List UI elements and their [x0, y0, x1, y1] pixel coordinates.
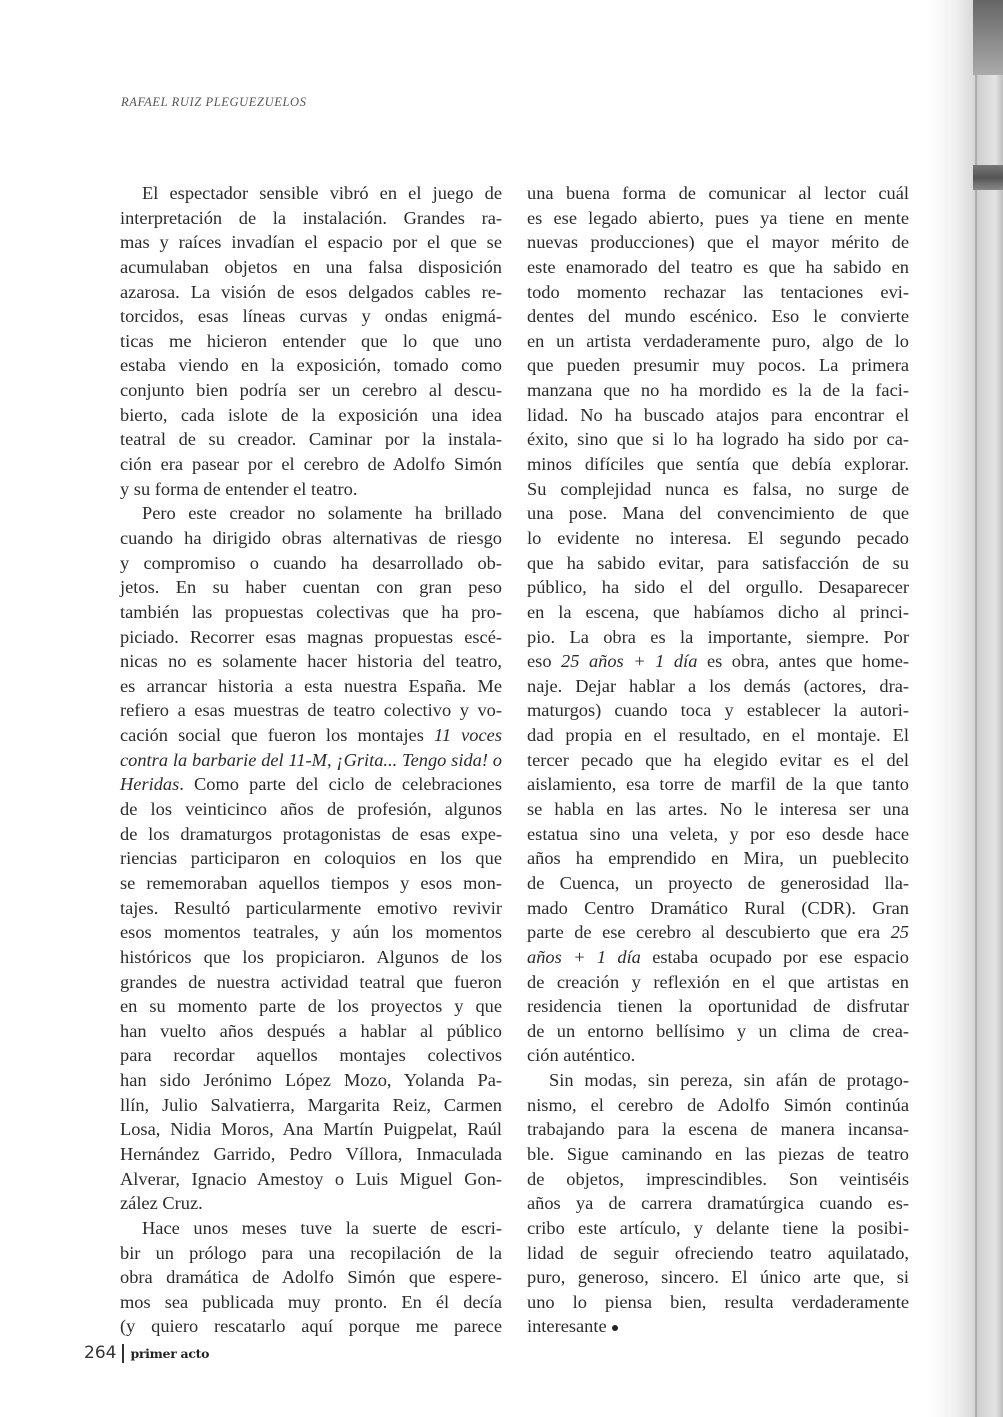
text-line: ción auténtico. [527, 1043, 909, 1068]
text-line: uno lo piensa bien, resulta verdaderamen… [527, 1290, 909, 1315]
text-line: mado Centro Dramático Rural (CDR). Gran [527, 896, 909, 921]
text-line: estaba viendo en la exposición, tomado c… [120, 353, 502, 378]
text-line: es arrancar historia a esta nuestra Espa… [120, 674, 502, 699]
text-line: Losa, Nidia Moros, Ana Martín Puigpelat,… [120, 1117, 502, 1142]
line-text: de un entorno bellísimo y un clima de cr… [527, 1021, 909, 1041]
line-text: grandes de nuestra actividad teatral que… [120, 972, 502, 992]
line-text: lo evidente no interesa. El segundo peca… [527, 528, 909, 548]
text-line: esos momentos teatrales, y aún los momen… [120, 920, 502, 945]
line-text: lidad. No ha buscado atajos para encontr… [527, 405, 909, 425]
line-text: riencias participaron en coloquios en lo… [120, 848, 502, 868]
text-line: manzana que no ha mordido es la de la fa… [527, 378, 909, 403]
line-text: mas y raíces invadían el espacio por el … [120, 232, 502, 252]
binding-edge-dark-band [973, 165, 1003, 190]
line-text: cación social que fueron los montajes [120, 725, 434, 745]
text-line: El espectador sensible vibró en el juego… [120, 181, 502, 206]
text-line: azarosa. La visión de esos delgados cabl… [120, 280, 502, 305]
text-line: todo momento rechazar las tentaciones ev… [527, 280, 909, 305]
text-line: conjunto bien podría ser un cerebro al d… [120, 378, 502, 403]
line-text: acumulaban objetos en una falsa disposic… [120, 257, 502, 277]
line-text: Hace unos meses tuve la suerte de escri- [142, 1218, 502, 1238]
text-line: zález Cruz. [120, 1191, 502, 1216]
text-line: torcidos, esas líneas curvas y ondas eni… [120, 304, 502, 329]
text-line: es ese legado abierto, pues ya tiene en … [527, 206, 909, 231]
line-text: tajes. Resultó particularmente emotivo r… [120, 898, 502, 918]
text-line: años + 1 día estaba ocupado por ese espa… [527, 945, 909, 970]
text-line: de objetos, imprescindibles. Son veintis… [527, 1167, 909, 1192]
text-line: años ya de carrera dramatúrgica cuando e… [527, 1191, 909, 1216]
line-text: Losa, Nidia Moros, Ana Martín Puigpelat,… [120, 1119, 502, 1139]
line-text: trabajando para la escena de manera inca… [527, 1119, 909, 1139]
text-line: bierto, cada islote de la exposición una… [120, 403, 502, 428]
line-text: de Cuenca, un proyecto de generosidad ll… [527, 873, 909, 893]
text-line: público, ha sido el del orgullo. Desapar… [527, 575, 909, 600]
page-number: 264 [84, 1343, 116, 1363]
line-text: se rememoraban aquellos tiempos y esos m… [120, 873, 502, 893]
line-text: una pose. Mana del convencimiento de que [527, 503, 909, 523]
line-text: en un artista verdaderamente puro, algo … [527, 331, 909, 351]
text-line: riencias participaron en coloquios en lo… [120, 846, 502, 871]
binding-edge-top [973, 0, 1003, 75]
text-line: minos difíciles que sentía que debía exp… [527, 452, 909, 477]
line-text: uno lo piensa bien, resulta verdaderamen… [527, 1292, 909, 1312]
text-line: ción era pasear por el cerebro de Adolfo… [120, 452, 502, 477]
line-text: lidad de seguir ofreciendo teatro aquila… [527, 1243, 909, 1263]
line-text: ble. Sigue caminando en las piezas de te… [527, 1144, 909, 1164]
line-text: nuevas producciones) que el mayor mérito… [527, 232, 909, 252]
line-text: Pero este creador no solamente ha brilla… [142, 503, 502, 523]
line-text: piciado. Recorrer esas magnas propuestas… [120, 627, 502, 647]
line-text: azarosa. La visión de esos delgados cabl… [120, 282, 502, 302]
text-line: lidad de seguir ofreciendo teatro aquila… [527, 1241, 909, 1266]
line-text: ción era pasear por el cerebro de Adolfo… [120, 454, 502, 474]
line-text: y compromiso o cuando ha desarrollado ob… [120, 553, 502, 573]
text-line: tercer pecado que ha elegido evitar es e… [527, 748, 909, 773]
italic-title: Heridas [120, 774, 179, 794]
text-line: una pose. Mana del convencimiento de que [527, 501, 909, 526]
text-line: de los dramaturgos protagonistas de esas… [120, 822, 502, 847]
line-text: llín, Julio Salvatierra, Margarita Reiz,… [120, 1095, 502, 1115]
text-line: en la escena, que habíamos dicho al prin… [527, 600, 909, 625]
text-line: naje. Dejar hablar a los demás (actores,… [527, 674, 909, 699]
left-text-column: El espectador sensible vibró en el juego… [120, 181, 502, 1339]
text-line: Alverar, Ignacio Amestoy o Luis Miguel G… [120, 1167, 502, 1192]
running-head-author: RAFAEL RUIZ PLEGUEZUELOS [121, 95, 306, 110]
text-line: se habla en las artes. No le interesa se… [527, 797, 909, 822]
text-line: han vuelto años después a hablar al públ… [120, 1019, 502, 1044]
line-text: y su forma de entender el teatro. [120, 479, 357, 499]
text-line: contra la barbarie del 11-M, ¡Grita... T… [120, 748, 502, 773]
line-text: históricos que los propiciaron. Algunos … [120, 947, 502, 967]
text-line: lidad. No ha buscado atajos para encontr… [527, 403, 909, 428]
text-line: cación social que fueron los montajes 11… [120, 723, 502, 748]
line-text: de objetos, imprescindibles. Son veintis… [527, 1169, 909, 1189]
text-line: llín, Julio Salvatierra, Margarita Reiz,… [120, 1093, 502, 1118]
line-text: teatral de su creador. Caminar por la in… [120, 429, 502, 449]
text-line: dentes del mundo escénico. Eso le convie… [527, 304, 909, 329]
line-text: años ya de carrera dramatúrgica cuando e… [527, 1193, 909, 1213]
line-text: en su momento parte de los proyectos y q… [120, 996, 502, 1016]
text-line: interesante [527, 1314, 909, 1339]
text-line: lo evidente no interesa. El segundo peca… [527, 526, 909, 551]
line-text: jetos. En su haber cuentan con gran peso [120, 577, 502, 597]
text-line: teatral de su creador. Caminar por la in… [120, 427, 502, 452]
text-line: Pero este creador no solamente ha brilla… [120, 501, 502, 526]
line-text: zález Cruz. [120, 1193, 203, 1213]
line-text: de los dramaturgos protagonistas de esas… [120, 824, 502, 844]
line-text: aislamiento, esa torre de marfil de la q… [527, 774, 909, 794]
text-line: y su forma de entender el teatro. [120, 477, 502, 502]
line-text: conjunto bien podría ser un cerebro al d… [120, 380, 502, 400]
magazine-page: RAFAEL RUIZ PLEGUEZUELOS El espectador s… [0, 0, 1003, 1417]
line-text: se habla en las artes. No le interesa se… [527, 799, 909, 819]
text-line: de los veinticinco años de profesión, al… [120, 797, 502, 822]
text-line: aislamiento, esa torre de marfil de la q… [527, 772, 909, 797]
line-text: mos sea publicada muy pronto. En él decí… [120, 1292, 502, 1312]
line-text: éxito, sino que si lo ha logrado ha sido… [527, 429, 909, 449]
line-text: Sin modas, sin pereza, sin afán de prota… [549, 1070, 909, 1090]
text-line: de un entorno bellísimo y un clima de cr… [527, 1019, 909, 1044]
line-text: estaba ocupado por ese espacio [641, 947, 909, 967]
line-text: parte de ese cerebro al descubierto que … [527, 922, 891, 942]
text-line: Hace unos meses tuve la suerte de escri- [120, 1216, 502, 1241]
line-text: minos difíciles que sentía que debía exp… [527, 454, 909, 474]
line-text: todo momento rechazar las tentaciones ev… [527, 282, 909, 302]
line-text: interpretación de la instalación. Grande… [120, 208, 502, 228]
text-line: dad propia en el resultado, en el montaj… [527, 723, 909, 748]
text-line: trabajando para la escena de manera inca… [527, 1117, 909, 1142]
line-text: pio. La obra es la importante, siempre. … [527, 627, 909, 647]
text-line: que pueden presumir muy pocos. La primer… [527, 353, 909, 378]
text-line: nismo, el cerebro de Adolfo Simón contin… [527, 1093, 909, 1118]
line-text: cuando ha dirigido obras alternativas de… [120, 528, 502, 548]
text-line: nicas no es solamente hacer historia del… [120, 649, 502, 674]
text-line: pio. La obra es la importante, siempre. … [527, 625, 909, 650]
text-line: cribo este artículo, y delante tiene la … [527, 1216, 909, 1241]
line-text: manzana que no ha mordido es la de la fa… [527, 380, 909, 400]
text-line: Heridas. Como parte del ciclo de celebra… [120, 772, 502, 797]
italic-title: 25 [891, 922, 909, 942]
text-line: residencia tienen la oportunidad de disf… [527, 994, 909, 1019]
line-text: estatua sino una veleta, y por eso desde… [527, 824, 909, 844]
line-text: también las propuestas colectivas que ha… [120, 602, 502, 622]
line-text: dad propia en el resultado, en el montaj… [527, 725, 909, 745]
line-text: nicas no es solamente hacer historia del… [120, 651, 502, 671]
line-text: tercer pecado que ha elegido evitar es e… [527, 750, 909, 770]
text-line: piciado. Recorrer esas magnas propuestas… [120, 625, 502, 650]
text-line: que ha sabido evitar, para satisfacción … [527, 551, 909, 576]
footer-divider [122, 1344, 124, 1363]
text-line: parte de ese cerebro al descubierto que … [527, 920, 909, 945]
text-line: jetos. En su haber cuentan con gran peso [120, 575, 502, 600]
text-line: históricos que los propiciaron. Algunos … [120, 945, 502, 970]
line-text: puro, generoso, sincero. El único arte q… [527, 1267, 909, 1287]
line-text: maturgos) cuando toca y establecer la au… [527, 700, 909, 720]
line-text: mado Centro Dramático Rural (CDR). Gran [527, 898, 909, 918]
page-footer: 264 primer acto [84, 1343, 209, 1363]
italic-title: 11 voces [434, 725, 502, 745]
line-text: refiero a esas muestras de teatro colect… [120, 700, 502, 720]
line-text: Hernández Garrido, Pedro Víllora, Inmacu… [120, 1144, 502, 1164]
line-text: torcidos, esas líneas curvas y ondas eni… [120, 306, 502, 326]
line-text: El espectador sensible vibró en el juego… [142, 183, 502, 203]
line-text: que pueden presumir muy pocos. La primer… [527, 355, 909, 375]
text-line: bir un prólogo para una recopilación de … [120, 1241, 502, 1266]
line-text: es ese legado abierto, pues ya tiene en … [527, 208, 909, 228]
line-text: cribo este artículo, y delante tiene la … [527, 1218, 909, 1238]
text-line: cuando ha dirigido obras alternativas de… [120, 526, 502, 551]
italic-title: contra la barbarie del 11-M, ¡Grita... T… [120, 750, 502, 770]
text-line: también las propuestas colectivas que ha… [120, 600, 502, 625]
line-text: Alverar, Ignacio Amestoy o Luis Miguel G… [120, 1169, 502, 1189]
text-line: se rememoraban aquellos tiempos y esos m… [120, 871, 502, 896]
text-line: obra dramática de Adolfo Simón que esper… [120, 1265, 502, 1290]
line-text: bierto, cada islote de la exposición una… [120, 405, 502, 425]
text-line: de Cuenca, un proyecto de generosidad ll… [527, 871, 909, 896]
end-of-article-bullet-icon [612, 1325, 618, 1331]
line-text: estaba viendo en la exposición, tomado c… [120, 355, 502, 375]
line-text: ticas me hicieron entender que lo que un… [120, 331, 502, 351]
line-text: este enamorado del teatro es que ha sabi… [527, 257, 909, 277]
text-line: éxito, sino que si lo ha logrado ha sido… [527, 427, 909, 452]
text-line: para recordar aquellos montajes colectiv… [120, 1043, 502, 1068]
text-line: grandes de nuestra actividad teatral que… [120, 970, 502, 995]
line-text: dentes del mundo escénico. Eso le convie… [527, 306, 909, 326]
text-line: maturgos) cuando toca y establecer la au… [527, 698, 909, 723]
text-line: tajes. Resultó particularmente emotivo r… [120, 896, 502, 921]
text-line: una buena forma de comunicar al lector c… [527, 181, 909, 206]
text-line: Su complejidad nunca es falsa, no surge … [527, 477, 909, 502]
line-text: han vuelto años después a hablar al públ… [120, 1021, 502, 1041]
text-line: ble. Sigue caminando en las piezas de te… [527, 1142, 909, 1167]
line-text: de creación y reflexión en el que artist… [527, 972, 909, 992]
text-line: eso 25 años + 1 día es obra, antes que h… [527, 649, 909, 674]
italic-title: 25 años + 1 día [561, 651, 697, 671]
line-text: años ha emprendido en Mira, un pueblecit… [527, 848, 909, 868]
line-text: Su complejidad nunca es falsa, no surge … [527, 479, 909, 499]
line-text: público, ha sido el del orgullo. Desapar… [527, 577, 909, 597]
text-line: y compromiso o cuando ha desarrollado ob… [120, 551, 502, 576]
line-text: han sido Jerónimo López Mozo, Yolanda Pa… [120, 1070, 502, 1090]
text-line: nuevas producciones) que el mayor mérito… [527, 230, 909, 255]
line-text: una buena forma de comunicar al lector c… [527, 183, 909, 203]
text-line: refiero a esas muestras de teatro colect… [120, 698, 502, 723]
line-text: naje. Dejar hablar a los demás (actores,… [527, 676, 909, 696]
text-line: este enamorado del teatro es que ha sabi… [527, 255, 909, 280]
text-line: han sido Jerónimo López Mozo, Yolanda Pa… [120, 1068, 502, 1093]
text-line: estatua sino una veleta, y por eso desde… [527, 822, 909, 847]
text-line: mos sea publicada muy pronto. En él decí… [120, 1290, 502, 1315]
line-text: . Como parte del ciclo de celebraciones [179, 774, 502, 794]
text-line: en un artista verdaderamente puro, algo … [527, 329, 909, 354]
text-line: puro, generoso, sincero. El único arte q… [527, 1265, 909, 1290]
line-text: de los veinticinco años de profesión, al… [120, 799, 502, 819]
line-text: residencia tienen la oportunidad de disf… [527, 996, 909, 1016]
line-text: nismo, el cerebro de Adolfo Simón contin… [527, 1095, 909, 1115]
line-text: ción auténtico. [527, 1045, 635, 1065]
line-text: es obra, antes que home- [697, 651, 909, 671]
line-text: para recordar aquellos montajes colectiv… [120, 1045, 502, 1065]
line-text: (y quiero rescatarlo aquí porque me pare… [120, 1316, 502, 1336]
text-line: acumulaban objetos en una falsa disposic… [120, 255, 502, 280]
text-line: de creación y reflexión en el que artist… [527, 970, 909, 995]
text-line: en su momento parte de los proyectos y q… [120, 994, 502, 1019]
text-line: mas y raíces invadían el espacio por el … [120, 230, 502, 255]
book-binding-shadow [928, 0, 1003, 1417]
text-line: interpretación de la instalación. Grande… [120, 206, 502, 231]
magazine-name: primer acto [130, 1346, 209, 1361]
text-line: Hernández Garrido, Pedro Víllora, Inmacu… [120, 1142, 502, 1167]
text-line: años ha emprendido en Mira, un pueblecit… [527, 846, 909, 871]
line-text: obra dramática de Adolfo Simón que esper… [120, 1267, 502, 1287]
text-line: Sin modas, sin pereza, sin afán de prota… [527, 1068, 909, 1093]
line-text: en la escena, que habíamos dicho al prin… [527, 602, 909, 622]
italic-title: años + 1 día [527, 947, 641, 967]
line-text: que ha sabido evitar, para satisfacción … [527, 553, 909, 573]
line-text: eso [527, 651, 561, 671]
line-text: interesante [527, 1316, 607, 1336]
line-text: bir un prólogo para una recopilación de … [120, 1243, 502, 1263]
text-line: (y quiero rescatarlo aquí porque me pare… [120, 1314, 502, 1339]
right-text-column: una buena forma de comunicar al lector c… [527, 181, 909, 1339]
text-line: ticas me hicieron entender que lo que un… [120, 329, 502, 354]
line-text: es arrancar historia a esta nuestra Espa… [120, 676, 502, 696]
line-text: esos momentos teatrales, y aún los momen… [120, 922, 502, 942]
